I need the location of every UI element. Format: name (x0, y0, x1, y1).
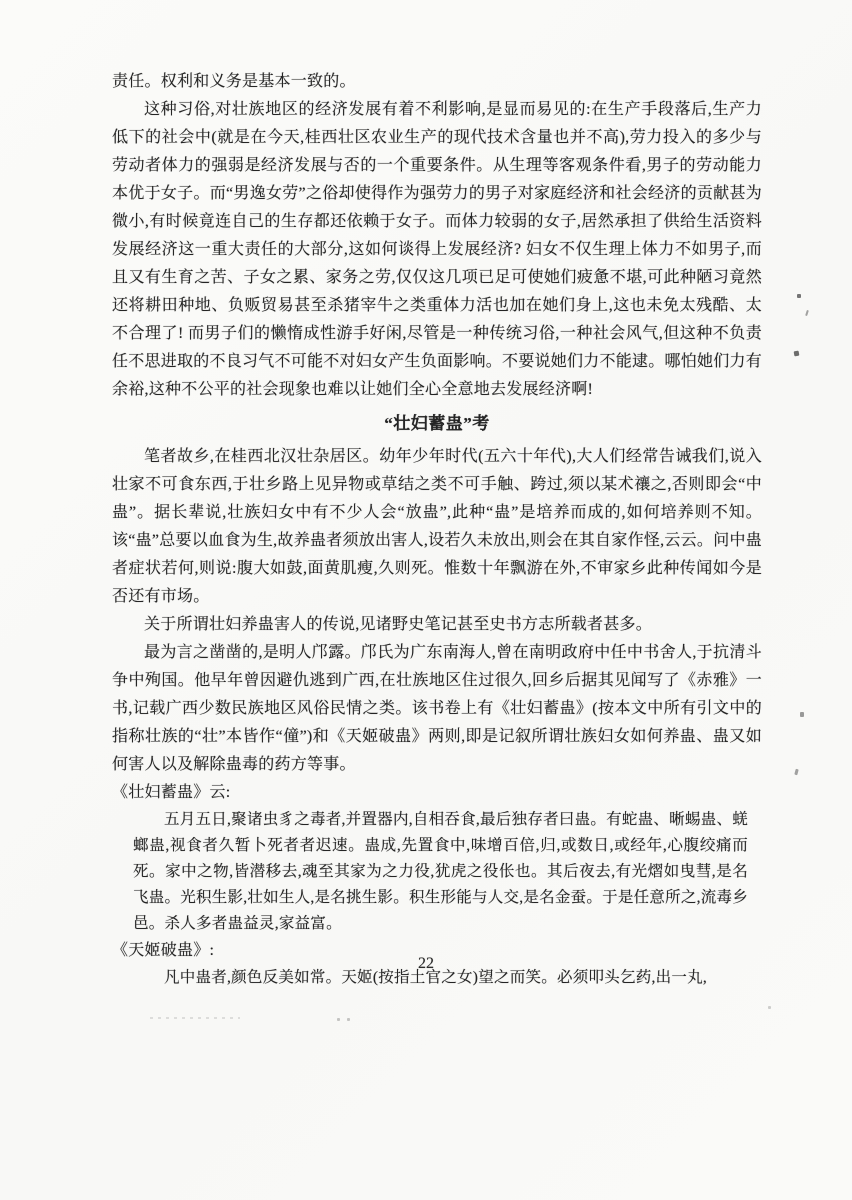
scan-artifact (768, 1006, 771, 1009)
scan-artifact (797, 294, 801, 298)
paragraph-hometown: 笔者故乡,在桂西北汉壮杂居区。幼年少年时代(五六十年代),大人们经常告诫我们,说… (112, 443, 762, 611)
page-number: 22 (0, 955, 852, 973)
section-heading: “壮妇蓄蛊”考 (112, 410, 762, 438)
scan-artifact (150, 1017, 240, 1019)
paragraph-custom-economy: 这种习俗,对壮族地区的经济发展有着不利影响,是显而易见的:在生产手段落后,生产力… (112, 96, 762, 404)
paragraph-legends: 关于所谓壮妇养蛊害人的传说,见诸野史笔记甚至史书方志所载者甚多。 (112, 611, 762, 639)
scan-artifact (805, 310, 809, 316)
scan-artifact (347, 1018, 350, 1021)
quote1-chiya-raising-gu: 五月五日,聚诸虫豸之毒者,并置器内,自相吞食,最后独存者曰蛊。有蛇蛊、晰蜴蛊、蜣… (133, 807, 748, 937)
paragraph-kuanglu: 最为言之凿凿的,是明人邝露。邝氏为广东南海人,曾在南明政府中任中书舍人,于抗清斗… (112, 639, 762, 779)
scan-artifact (794, 769, 798, 776)
scan-artifact (800, 712, 804, 717)
scan-artifact (794, 351, 800, 357)
paragraph-rights-duties: 责任。权利和义务是基本一致的。 (112, 68, 762, 96)
scan-artifact (337, 1018, 340, 1021)
quote1-label: 《壮妇蓄蛊》云: (112, 779, 762, 807)
text-block: 责任。权利和义务是基本一致的。 这种习俗,对壮族地区的经济发展有着不利影响,是显… (112, 68, 762, 991)
scanned-page: 责任。权利和义务是基本一致的。 这种习俗,对壮族地区的经济发展有着不利影响,是显… (0, 0, 852, 1200)
